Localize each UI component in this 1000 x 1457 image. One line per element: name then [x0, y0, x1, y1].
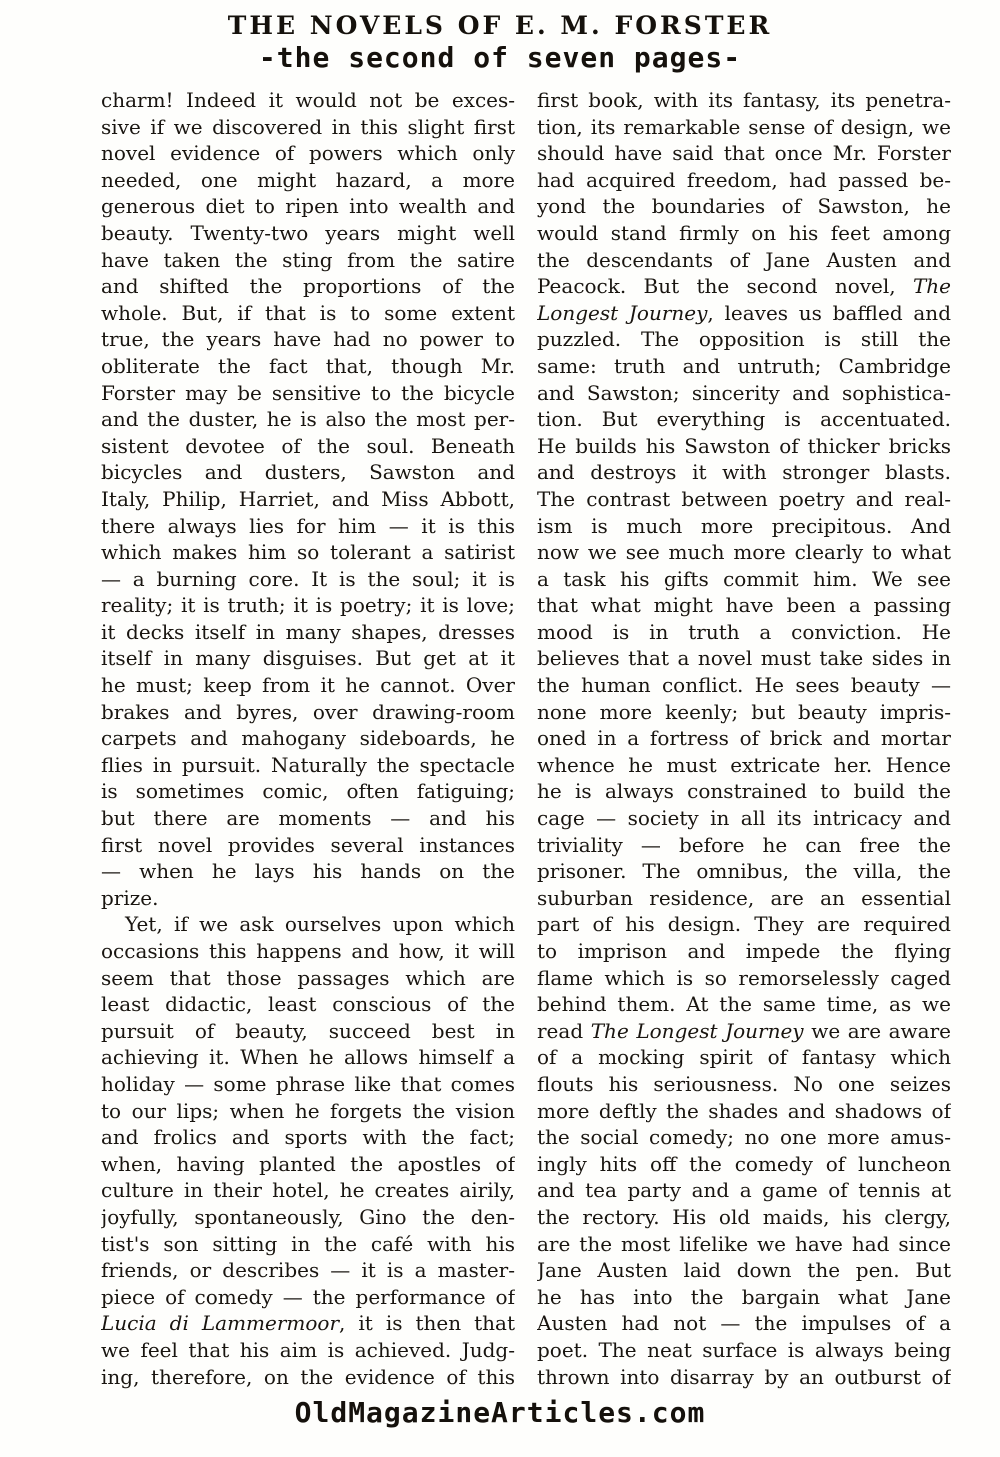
text-line: Longest Journey, leaves us baffled and [537, 300, 951, 327]
text-line: needed, one might hazard, a more [101, 167, 515, 194]
text-line: yond the boundaries of Sawston, he [537, 193, 951, 220]
text-line: whence he must extricate her. Hence [537, 752, 951, 779]
text-line: itself in many disguises. But get at it [101, 645, 515, 672]
text-line: suburban residence, are an essential [537, 885, 951, 912]
text-line: more deftly the shades and shadows of [537, 1098, 951, 1125]
text-line: have taken the sting from the satire [101, 247, 515, 274]
text-line: first novel provides several instances [101, 832, 515, 859]
text-line: prisoner. The omnibus, the villa, the [537, 858, 951, 885]
text-line: culture in their hotel, he creates airil… [101, 1177, 515, 1204]
text-line: occasions this happens and how, it will [101, 938, 515, 965]
text-line: prize. [101, 885, 515, 912]
text-line: reality; it is truth; it is poetry; it i… [101, 592, 515, 619]
text-line: Forster may be sensitive to the bicycle [101, 380, 515, 407]
text-line: same: truth and untruth; Cambridge [537, 353, 951, 380]
text-line: when, having planted the apostles of [101, 1151, 515, 1178]
page-subtitle: -the second of seven pages- [0, 41, 1000, 74]
text-line: friends, or describes — it is a master- [101, 1257, 515, 1284]
text-line: bicycles and dusters, Sawston and [101, 459, 515, 486]
text-line: flouts his seriousness. No one seizes [537, 1071, 951, 1098]
text-line: and Sawston; sincerity and sophistica- [537, 380, 951, 407]
text-line: — a burning core. It is the soul; it is [101, 566, 515, 593]
text-line: and destroys it with stronger blasts. [537, 459, 951, 486]
text-line: should have said that once Mr. Forster [537, 140, 951, 167]
text-line: part of his design. They are required [537, 911, 951, 938]
text-line: achieving it. When he allows himself a [101, 1044, 515, 1071]
text-line: charm! Indeed it would not be exces- [101, 87, 515, 114]
text-line: there always lies for him — it is this [101, 513, 515, 540]
text-line: behind them. At the same time, as we [537, 991, 951, 1018]
text-line: poet. The neat surface is always being [537, 1337, 951, 1364]
text-line: seem that those passages which are [101, 965, 515, 992]
text-line: ing, therefore, on the evidence of this [101, 1364, 515, 1391]
text-line: Lucia di Lammermoor, it is then that [101, 1310, 515, 1337]
text-line: it decks itself in many shapes, dresses [101, 619, 515, 646]
watermark-oldmagazinearticles: OldMagazineArticles.com [0, 1396, 1000, 1429]
text-line: least didactic, least conscious of the [101, 991, 515, 1018]
text-line: whole. But, if that is to some extent [101, 300, 515, 327]
text-line: he must; keep from it he cannot. Over [101, 672, 515, 699]
text-line: oned in a fortress of brick and mortar [537, 725, 951, 752]
text-line: obliterate the fact that, though Mr. [101, 353, 515, 380]
text-line: he is always constrained to build the [537, 778, 951, 805]
text-line: first book, with its fantasy, its penetr… [537, 87, 951, 114]
text-line: holiday — some phrase like that comes [101, 1071, 515, 1098]
text-line: and the duster, he is also the most per- [101, 406, 515, 433]
text-line: a task his gifts commit him. We see [537, 566, 951, 593]
article-title: THE NOVELS OF E. M. FORSTER [0, 11, 1000, 40]
text-line: flame which is so remorselessly caged [537, 965, 951, 992]
text-line: joyfully, spontaneously, Gino the den- [101, 1204, 515, 1231]
text-line: Austen had not — the impulses of a [537, 1310, 951, 1337]
text-line: none more keenly; but beauty impris- [537, 699, 951, 726]
text-line: to imprison and impede the flying [537, 938, 951, 965]
text-line: beauty. Twenty-two years might well [101, 220, 515, 247]
text-line: triviality — before he can free the [537, 832, 951, 859]
text-line: to our lips; when he forgets the vision [101, 1098, 515, 1125]
text-line: and frolics and sports with the fact; [101, 1124, 515, 1151]
text-line: novel evidence of powers which only [101, 140, 515, 167]
text-line: tion, its remarkable sense of design, we [537, 114, 951, 141]
text-line: flies in pursuit. Naturally the spectacl… [101, 752, 515, 779]
text-line: brakes and byres, over drawing-room [101, 699, 515, 726]
text-line: the social comedy; no one more amus- [537, 1124, 951, 1151]
text-line: would stand firmly on his feet among [537, 220, 951, 247]
text-line: puzzled. The opposition is still the [537, 326, 951, 353]
text-line: piece of comedy — the performance of [101, 1284, 515, 1311]
text-line: tion. But everything is accentuated. [537, 406, 951, 433]
text-line: he has into the bargain what Jane [537, 1284, 951, 1311]
text-line: sive if we discovered in this slight fir… [101, 114, 515, 141]
text-column-right: first book, with its fantasy, its penetr… [537, 87, 951, 1390]
text-line: are the most lifelike we have had since [537, 1231, 951, 1258]
text-line: The contrast between poetry and real- [537, 486, 951, 513]
text-line: and tea party and a game of tennis at [537, 1177, 951, 1204]
text-line: of a mocking spirit of fantasy which [537, 1044, 951, 1071]
text-line: and shifted the proportions of the [101, 273, 515, 300]
text-line: but there are moments — and his [101, 805, 515, 832]
text-line: ingly hits off the comedy of luncheon [537, 1151, 951, 1178]
text-line: the rectory. His old maids, his clergy, [537, 1204, 951, 1231]
text-line: generous diet to ripen into wealth and [101, 193, 515, 220]
text-line: thrown into disarray by an outburst of [537, 1364, 951, 1391]
text-line: He builds his Sawston of thicker bricks [537, 433, 951, 460]
text-line: had acquired freedom, had passed be- [537, 167, 951, 194]
text-line: true, the years have had no power to [101, 326, 515, 353]
text-line: carpets and mahogany sideboards, he [101, 725, 515, 752]
text-line: Jane Austen laid down the pen. But [537, 1257, 951, 1284]
text-line: cage — society in all its intricacy and [537, 805, 951, 832]
text-line: we feel that his aim is achieved. Judg- [101, 1337, 515, 1364]
text-line: tist's son sitting in the café with his [101, 1231, 515, 1258]
text-line: mood is in truth a conviction. He [537, 619, 951, 646]
text-line: that what might have been a passing [537, 592, 951, 619]
text-line: Yet, if we ask ourselves upon which [101, 911, 515, 938]
text-line: the human conflict. He sees beauty — [537, 672, 951, 699]
text-column-left: charm! Indeed it would not be exces-sive… [101, 87, 515, 1390]
text-line: which makes him so tolerant a satirist [101, 539, 515, 566]
text-line: sistent devotee of the soul. Beneath [101, 433, 515, 460]
text-line: is sometimes comic, often fatiguing; [101, 778, 515, 805]
text-line: — when he lays his hands on the [101, 858, 515, 885]
text-line: pursuit of beauty, succeed best in [101, 1018, 515, 1045]
magazine-page: THE NOVELS OF E. M. FORSTER -the second … [0, 0, 1000, 1457]
text-line: the descendants of Jane Austen and [537, 247, 951, 274]
text-line: Italy, Philip, Harriet, and Miss Abbott, [101, 486, 515, 513]
text-line: read The Longest Journey we are aware [537, 1018, 951, 1045]
text-line: Peacock. But the second novel, The [537, 273, 951, 300]
text-line: ism is much more precipitous. And [537, 513, 951, 540]
text-line: now we see much more clearly to what [537, 539, 951, 566]
text-line: believes that a novel must take sides in [537, 645, 951, 672]
